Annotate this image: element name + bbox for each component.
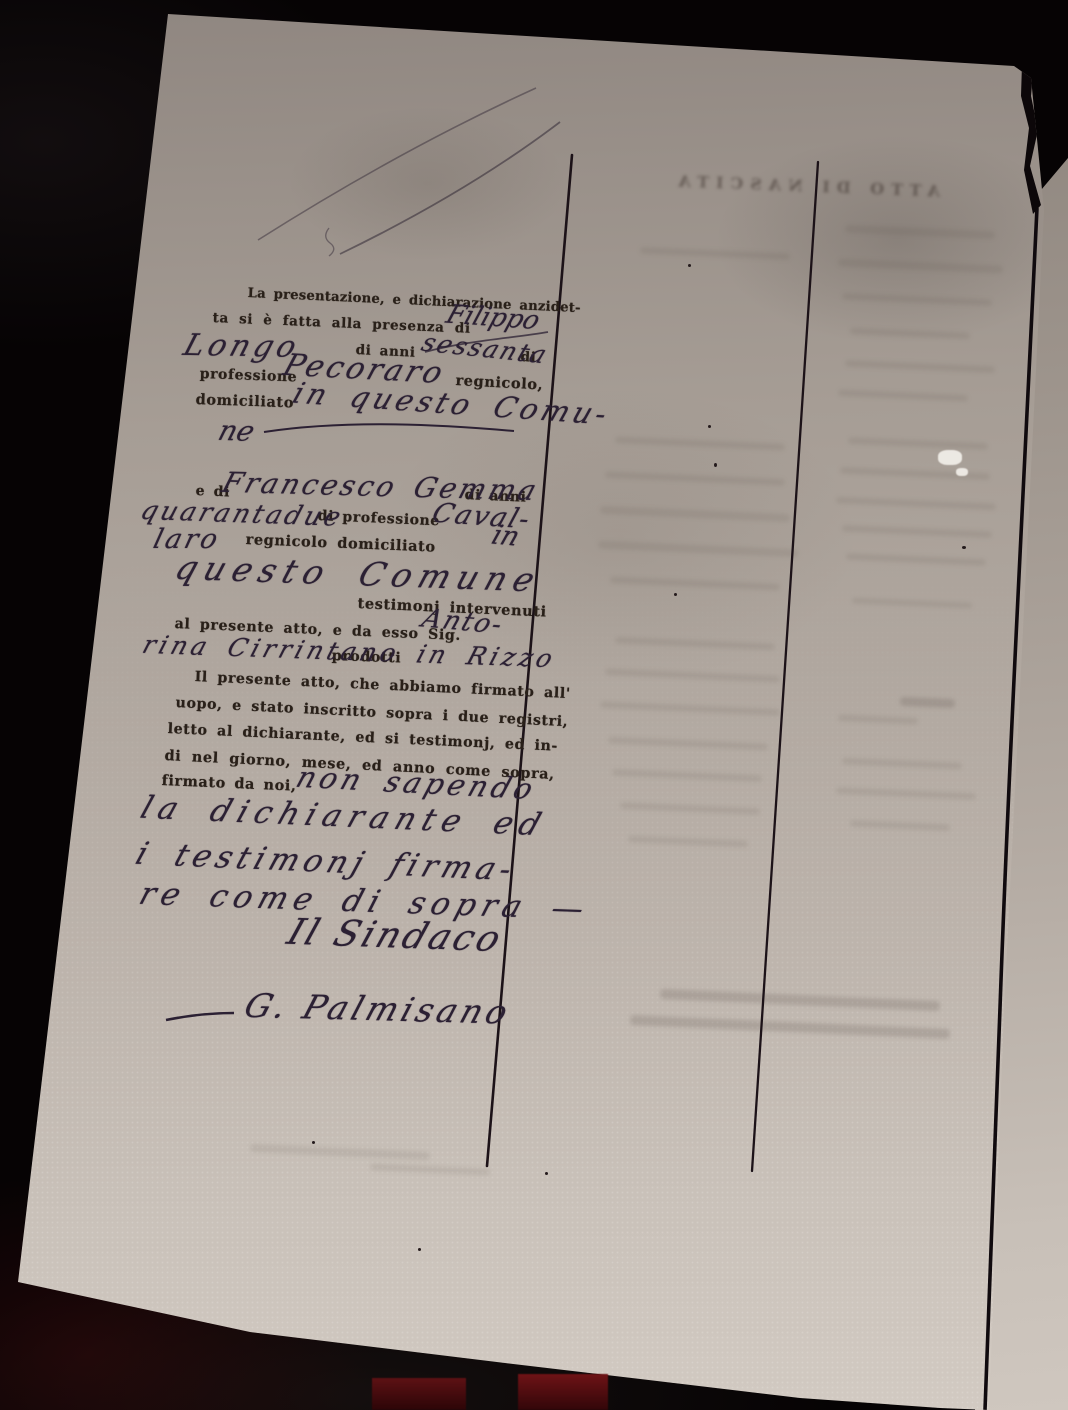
handwritten-title: Il Sindaco	[282, 912, 509, 960]
ink-speck	[312, 1141, 315, 1144]
ink-speck	[674, 593, 677, 596]
ink-speck	[962, 546, 966, 549]
document-page: ATTO DI NASCITA	[0, 0, 1068, 1410]
ink-speck	[714, 463, 717, 467]
printed-line: domiciliato	[195, 391, 294, 411]
red-cover-fragment	[518, 1374, 608, 1410]
photo-background: ATTO DI NASCITA	[0, 0, 1068, 1410]
paper-chip	[956, 468, 968, 476]
ink-speck	[708, 425, 711, 428]
signature: G. Palmisano	[240, 986, 517, 1032]
ink-speck	[688, 264, 691, 267]
page-tear-speck	[1046, 90, 1052, 96]
red-cover-fragment	[372, 1378, 466, 1410]
ink-speck	[418, 1248, 421, 1251]
paper-chip	[938, 450, 962, 465]
ink-speck	[545, 1172, 548, 1175]
